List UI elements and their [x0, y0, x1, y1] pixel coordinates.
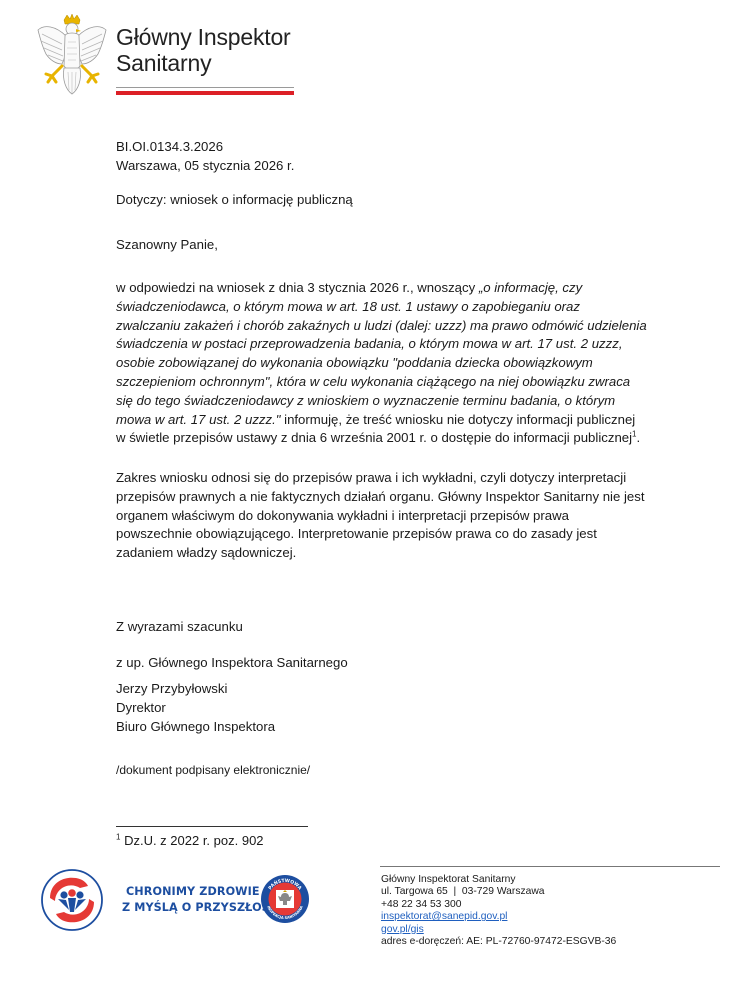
footer-org-name: Główny Inspektorat Sanitarny — [381, 874, 616, 886]
campaign-slogan: CHRONIMY ZDROWIE Z MYŚLĄ O PRZYSZŁOŚCI — [122, 884, 282, 916]
footer-website-link[interactable]: gov.pl/gis — [381, 924, 424, 935]
header-divider-gray — [116, 87, 294, 88]
signer-unit: Biuro Głównego Inspektora — [116, 718, 648, 737]
footnote: 1 Dz.U. z 2022 r. poz. 902 — [116, 832, 264, 851]
signer-title: Dyrektor — [116, 699, 648, 718]
institution-name-line1: Główny Inspektor — [116, 24, 291, 50]
footer-email-link[interactable]: inspektorat@sanepid.gov.pl — [381, 911, 507, 922]
header-divider-red — [116, 91, 294, 95]
hands-family-circle-logo-icon — [40, 868, 104, 932]
footer-phone: +48 22 34 53 300 — [381, 899, 616, 911]
institution-name-line2: Sanitarny — [116, 50, 291, 76]
greeting: Szanowny Panie, — [116, 236, 648, 255]
footer-contact: Główny Inspektorat Sanitarny ul. Targowa… — [381, 874, 616, 948]
paragraph-response: w odpowiedzi na wniosek z dnia 3 styczni… — [116, 279, 648, 448]
quoted-request: „o informację, czy świadczeniodawca, o k… — [116, 280, 647, 427]
place-date: Warszawa, 05 stycznia 2026 r. — [116, 157, 648, 176]
subject-line: Dotyczy: wniosek o informację publiczną — [116, 191, 648, 210]
reference-block: BI.OI.0134.3.2026 Warszawa, 05 stycznia … — [116, 138, 648, 176]
on-behalf-line: z up. Głównego Inspektora Sanitarnego — [116, 654, 648, 673]
closing: Z wyrazami szacunku — [116, 618, 648, 637]
footer-e-delivery: adres e-doręczeń: AE: PL-72760-97472-ESG… — [381, 936, 616, 948]
reference-number: BI.OI.0134.3.2026 — [116, 138, 648, 157]
slogan-line1: CHRONIMY ZDROWIE — [122, 884, 282, 900]
polish-eagle-emblem-icon — [36, 14, 108, 96]
panstwowa-inspekcja-sanitarna-badge-icon: PAŃSTWOWA INSPEKCJA SANITARNA — [260, 870, 310, 928]
paragraph-end: . — [637, 430, 641, 445]
footer-address: ul. Targowa 65 | 03-729 Warszawa — [381, 886, 616, 898]
institution-name: Główny Inspektor Sanitarny — [116, 24, 291, 76]
footer-divider — [380, 866, 720, 867]
footnote-separator — [116, 826, 308, 827]
footnote-text: Dz.U. z 2022 r. poz. 902 — [120, 833, 263, 848]
paragraph-explanation: Zakres wniosku odnosi się do przepisów p… — [116, 469, 648, 563]
signature-block: Jerzy Przybyłowski Dyrektor Biuro Główne… — [116, 680, 648, 736]
e-signature-note: /dokument podpisany elektronicznie/ — [116, 761, 648, 780]
signer-name: Jerzy Przybyłowski — [116, 680, 648, 699]
slogan-line2: Z MYŚLĄ O PRZYSZŁOŚCI — [122, 900, 282, 916]
paragraph-intro: w odpowiedzi na wniosek z dnia 3 styczni… — [116, 280, 479, 295]
